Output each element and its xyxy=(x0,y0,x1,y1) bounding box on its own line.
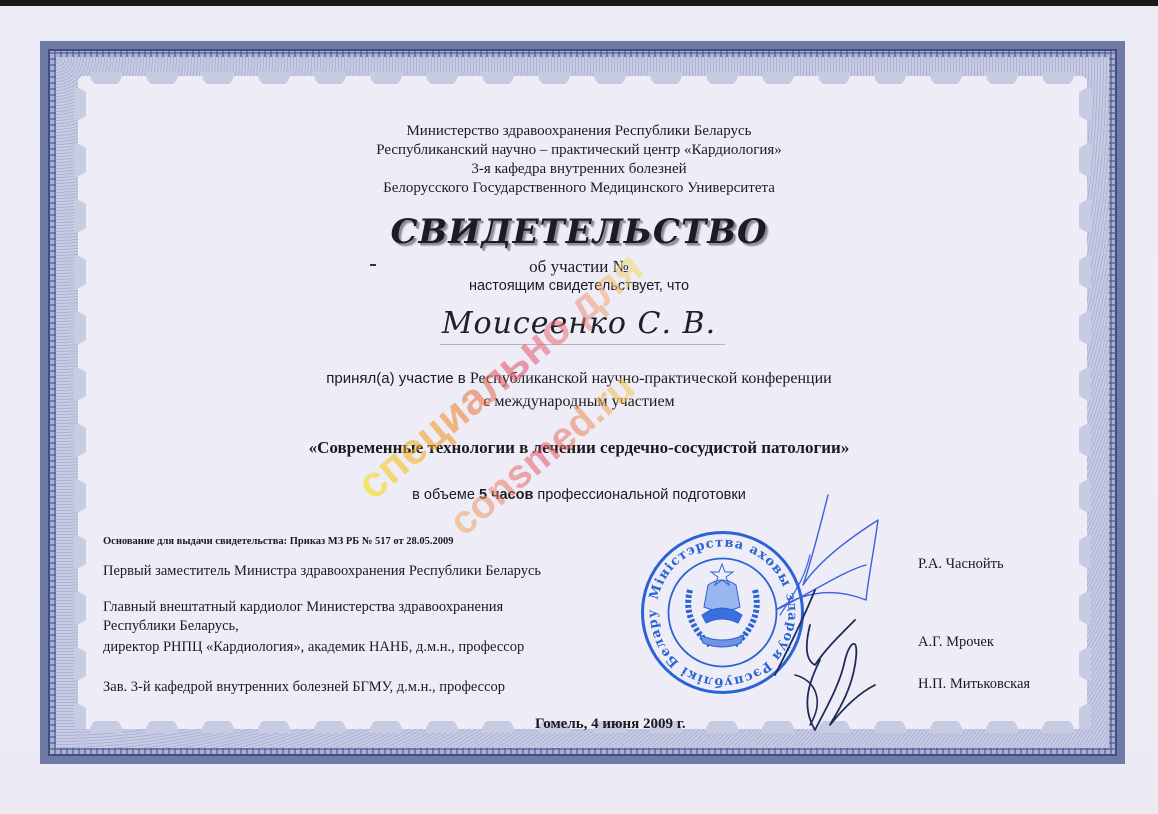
participation-line-1: принял(а) участие в Республиканской науч… xyxy=(0,370,1158,388)
participation-lead: принял(а) участие в xyxy=(326,370,470,387)
name-underline xyxy=(440,344,725,345)
header-university: Белорусского Государственного Медицинско… xyxy=(0,179,1158,198)
signatory-3-name: Н.П. Митьковская xyxy=(918,676,1030,693)
signatures-icon xyxy=(740,475,910,745)
issuance-basis: Основание для выдачи свидетельства: Прик… xyxy=(103,536,454,547)
certificate-number-label: об участии № xyxy=(0,257,1158,277)
volume-line: в объеме 5 часов профессиональной подгот… xyxy=(0,487,1158,503)
border-scallop-top xyxy=(78,72,1087,84)
conference-type: Республиканской научно-практической конф… xyxy=(470,370,832,387)
signatory-2-position-2: Республики Беларусь, xyxy=(103,617,239,635)
certifies-text: настоящим свидетельствует, что xyxy=(0,278,1158,294)
signatory-1-name: Р.А. Часнойть xyxy=(918,556,1004,573)
signatory-2-position-1: Главный внештатный кардиолог Министерств… xyxy=(103,598,503,616)
signatory-3-position: Зав. 3-й кафедрой внутренних болезней БГ… xyxy=(103,678,505,696)
signatory-2-name: А.Г. Мрочек xyxy=(918,634,994,651)
volume-suffix: профессиональной подготовки xyxy=(533,487,745,503)
conference-title: «Современные технологии в лечении сердеч… xyxy=(0,438,1158,458)
dash-mark xyxy=(370,264,376,266)
header-center: Республиканский научно – практический це… xyxy=(0,141,1158,160)
certificate-title: СВИДЕТЕЛЬСТВО xyxy=(0,212,1158,252)
header-department: 3-я кафедра внутренних болезней xyxy=(0,160,1158,179)
signatory-2-position-3: директор РНПЦ «Кардиология», академик НА… xyxy=(103,638,524,656)
volume-prefix: в объеме xyxy=(412,487,479,503)
participation-line-2: с международным участием xyxy=(0,393,1158,411)
header-ministry: Министерство здравоохранения Республики … xyxy=(0,122,1158,141)
place-date: Гомель, 4 июня 2009 г. xyxy=(535,716,686,733)
volume-hours: 5 часов xyxy=(479,487,533,503)
recipient-name: Моисеенко С. В. xyxy=(0,306,1158,341)
signatory-1-position: Первый заместитель Министра здравоохране… xyxy=(103,562,541,580)
